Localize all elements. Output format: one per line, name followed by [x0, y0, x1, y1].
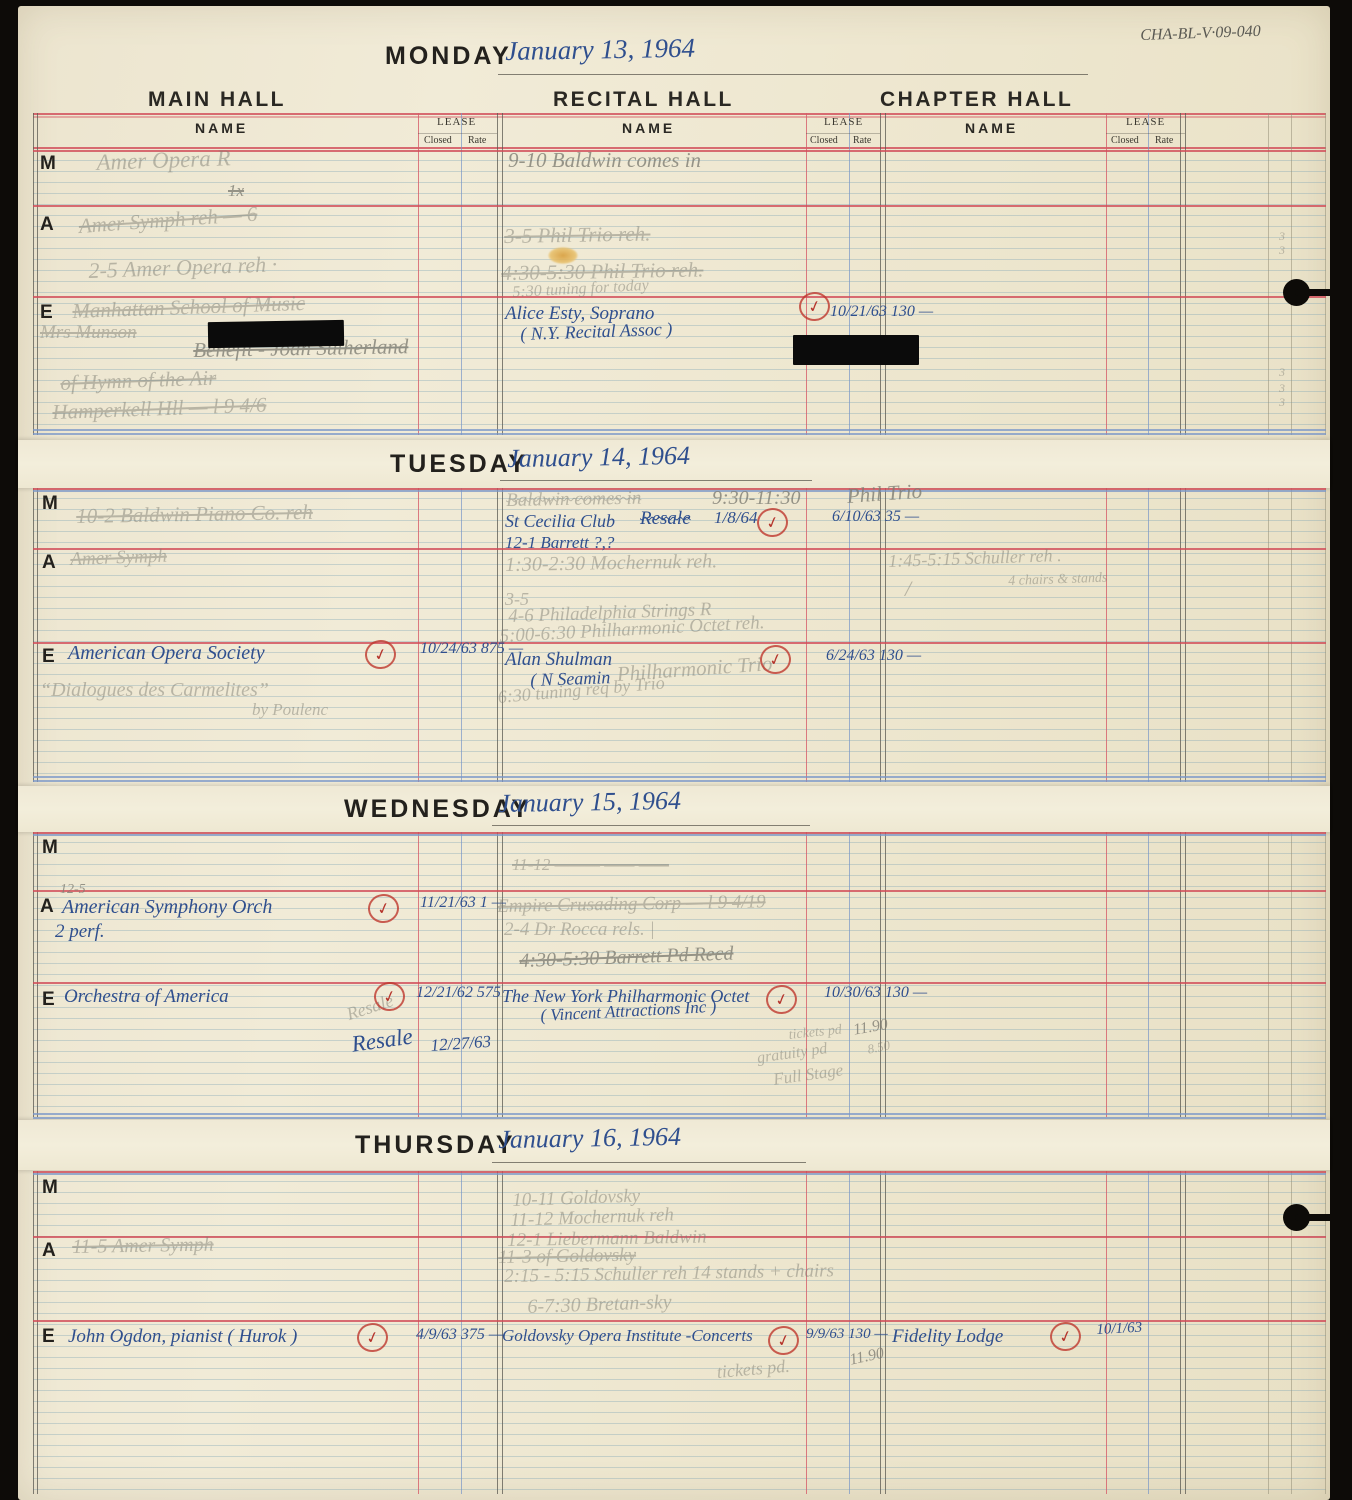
lease-label-main: LEASE	[437, 116, 476, 128]
handwritten-note: 12-1 Barrett ?,?	[505, 533, 614, 553]
column-rule	[1148, 1171, 1149, 1494]
date-rule	[492, 1162, 806, 1163]
date-tuesday: January 14, 1964	[507, 441, 690, 474]
col-name-chapter: NAME	[965, 120, 1018, 136]
column-rule	[418, 113, 419, 150]
column-rule	[37, 113, 38, 150]
column-rule	[849, 488, 850, 782]
check-glyph: ✓	[375, 898, 393, 920]
date-rule	[500, 480, 812, 481]
handwritten-note: Resale	[640, 508, 691, 530]
column-rule	[1185, 488, 1186, 782]
column-rule	[461, 150, 462, 435]
column-rule	[502, 150, 503, 435]
col-name-main: NAME	[195, 120, 248, 136]
column-rule	[1291, 113, 1292, 150]
column-rule	[497, 150, 498, 435]
rate-label-recital: Rate	[853, 135, 871, 146]
date-rule	[492, 825, 810, 826]
column-rule	[37, 488, 38, 782]
hall-title-main: MAIN HALL	[148, 88, 286, 112]
row-marker-e: E	[42, 646, 55, 668]
date-thursday: January 16, 1964	[498, 1122, 681, 1155]
day-title-thursday: THURSDAY	[355, 1131, 516, 1160]
column-rule	[461, 488, 462, 782]
hall-title-chapter: CHAPTER HALL	[880, 88, 1073, 112]
closed-label-chapter: Closed	[1111, 135, 1139, 146]
column-rule	[461, 832, 462, 1117]
column-rule	[497, 113, 498, 150]
date-monday: January 13, 1964	[505, 33, 695, 67]
column-rule	[1185, 832, 1186, 1117]
date-rule	[498, 74, 1088, 75]
monday-table	[33, 150, 1326, 435]
handwritten-note: American Symphony Orch	[62, 896, 272, 919]
column-rule	[502, 113, 503, 150]
row-separator	[33, 433, 1326, 435]
handwritten-note: 10/30/63 130 —	[824, 984, 927, 1002]
lease-label-chapter: LEASE	[1126, 116, 1165, 128]
check-glyph: ✓	[1057, 1326, 1075, 1348]
row-separator	[33, 982, 1326, 984]
column-rule	[37, 150, 38, 435]
closed-label-recital: Closed	[810, 135, 838, 146]
row-marker-m: M	[42, 837, 58, 859]
handwritten-note: 4/9/63 375 —	[416, 1326, 503, 1344]
row-separator	[33, 890, 1326, 892]
column-rule	[1291, 832, 1292, 1117]
column-rule	[849, 150, 850, 435]
row-separator	[33, 1173, 1326, 1175]
column-rule	[885, 113, 886, 150]
handwritten-note: 3	[1279, 229, 1285, 244]
column-rule	[1268, 113, 1269, 150]
column-rule	[1106, 113, 1107, 150]
column-rule	[880, 113, 881, 150]
handwritten-note: 1:30-2:30 Mochernuk reh.	[505, 550, 717, 577]
column-rule	[1325, 832, 1326, 1117]
row-marker-a: A	[40, 896, 54, 918]
handwritten-note: Mrs Munson	[40, 322, 137, 344]
check-glyph: ✓	[775, 1330, 793, 1352]
handwritten-note: 10/21/63 130 —	[830, 303, 933, 321]
check-glyph: ✓	[767, 649, 785, 671]
column-rule	[33, 832, 34, 1117]
handwritten-note: 9/9/63 130 —	[806, 1326, 888, 1343]
column-rule	[497, 488, 498, 782]
check-glyph: ✓	[806, 296, 824, 318]
column-rule	[806, 488, 807, 782]
rate-label-main: Rate	[468, 135, 486, 146]
check-glyph: ✓	[381, 986, 399, 1008]
handwritten-note: 2-4 Dr Rocca rels. |	[504, 919, 655, 941]
day-title-monday: MONDAY	[385, 42, 512, 71]
column-rule	[1106, 150, 1107, 435]
handwritten-note: 11/21/63 1 —	[420, 894, 506, 912]
ledger-page-scan: MONDAY January 13, 1964 MAIN HALL RECITA…	[0, 0, 1352, 1500]
closed-label-main: Closed	[424, 135, 452, 146]
column-rule	[885, 150, 886, 435]
column-rule	[1180, 832, 1181, 1117]
column-rule	[33, 113, 34, 150]
handwritten-note: 11-12 ——— —— ——	[512, 855, 669, 875]
row-marker-m: M	[42, 493, 58, 515]
col-name-recital: NAME	[622, 120, 675, 136]
column-rule	[885, 488, 886, 782]
column-rule	[418, 488, 419, 782]
column-rule	[418, 832, 419, 1117]
handwritten-note: Amer Opera R	[96, 145, 231, 176]
handwritten-note: Amer Symph	[70, 546, 167, 571]
row-separator	[33, 1117, 1326, 1119]
column-rule	[1180, 488, 1181, 782]
row-separator	[33, 1113, 1326, 1115]
handwritten-note: 6/10/63 35 —	[832, 508, 919, 526]
check-glyph: ✓	[773, 989, 791, 1011]
handwritten-note: Fidelity Lodge	[892, 1326, 1003, 1348]
rate-label-chapter: Rate	[1155, 135, 1173, 146]
row-marker-m: M	[40, 153, 56, 175]
column-rule	[1291, 488, 1292, 782]
redaction-box	[793, 335, 919, 365]
row-separator	[33, 429, 1326, 431]
column-rule	[33, 150, 34, 435]
handwritten-note: 2 perf.	[55, 921, 105, 943]
row-separator	[33, 834, 1326, 836]
column-rule	[497, 832, 498, 1117]
column-rule	[33, 488, 34, 782]
column-rule	[1148, 150, 1149, 435]
handwritten-note: 9-10 Baldwin comes in	[508, 148, 701, 173]
row-marker-e: E	[40, 302, 53, 324]
handwritten-note: by Poulenc	[252, 700, 328, 720]
column-rule	[1268, 150, 1269, 435]
column-rule	[849, 832, 850, 1117]
binder-clip-arm	[1295, 1214, 1352, 1221]
handwritten-note: CHA-BL-V·09-040	[1140, 23, 1261, 45]
handwritten-note: 9:30-11:30	[712, 487, 801, 510]
column-rule	[1325, 113, 1326, 150]
check-glyph: ✓	[364, 1327, 382, 1349]
check-glyph: ✓	[372, 644, 390, 666]
handwritten-note: 3	[1279, 365, 1285, 380]
handwritten-note: Phil Trio	[846, 479, 923, 509]
handwritten-note: 3-5 Phil Trio reh.	[504, 221, 651, 249]
column-rule	[1148, 488, 1149, 782]
handwritten-note: Baldwin comes in	[506, 488, 641, 512]
row-separator	[33, 490, 1326, 492]
check-glyph: ✓	[764, 512, 782, 534]
handwritten-note: St Cecilia Club	[505, 511, 615, 532]
row-marker-a: A	[42, 1240, 56, 1262]
handwritten-note: American Opera Society	[68, 642, 265, 665]
column-rule	[1180, 1171, 1181, 1494]
row-marker-a: A	[42, 552, 56, 574]
row-separator	[33, 776, 1326, 778]
column-rule	[418, 150, 419, 435]
handwritten-note: “Dialogues des Carmelites”	[40, 679, 269, 702]
row-marker-e: E	[42, 1326, 55, 1348]
date-wednesday: January 15, 1964	[498, 786, 681, 819]
column-rule	[1106, 832, 1107, 1117]
handwritten-note: 3	[1279, 395, 1285, 410]
row-separator	[33, 780, 1326, 782]
column-rule	[885, 832, 886, 1117]
handwritten-note: Orchestra of America	[64, 986, 229, 1008]
column-rule	[806, 113, 807, 150]
column-rule	[1180, 150, 1181, 435]
wednesday-table	[33, 832, 1326, 1117]
column-rule	[1148, 832, 1149, 1117]
column-rule	[1106, 488, 1107, 782]
handwritten-note: 11-5 Amer Symph	[72, 1234, 214, 1259]
binder-clip-arm	[1295, 289, 1352, 296]
row-separator	[33, 548, 1326, 550]
hall-title-recital: RECITAL HALL	[553, 88, 734, 112]
handwritten-note: Goldovsky Opera Institute -Concerts	[502, 1326, 753, 1346]
column-rule	[37, 832, 38, 1117]
column-rule	[1185, 1171, 1186, 1494]
column-rule	[1185, 150, 1186, 435]
handwritten-note: 12/27/63	[430, 1032, 492, 1056]
row-marker-a: A	[40, 214, 54, 236]
redaction-box	[208, 320, 344, 348]
handwritten-note: 10/1/63	[1096, 1320, 1143, 1339]
column-rule	[880, 832, 881, 1117]
column-rule	[1180, 113, 1181, 150]
content-layer: MONDAY January 13, 1964 MAIN HALL RECITA…	[0, 0, 1352, 1500]
lease-label-recital: LEASE	[824, 116, 863, 128]
column-rule	[1185, 113, 1186, 150]
column-rule	[880, 488, 881, 782]
handwritten-note: 1/8/64	[714, 508, 757, 528]
column-rule	[1268, 1171, 1269, 1494]
handwritten-note: 6/24/63 130 —	[826, 647, 921, 665]
column-rule	[880, 150, 881, 435]
handwritten-note: 1x	[228, 181, 244, 201]
handwritten-note: /	[905, 576, 911, 602]
handwritten-note: Empire Crusading Corp — l 9 4/19	[497, 891, 766, 918]
column-rule	[1268, 832, 1269, 1117]
handwritten-note: John Ogdon, pianist ( Hurok )	[68, 1326, 297, 1348]
row-marker-e: E	[42, 989, 55, 1011]
column-rule	[1268, 488, 1269, 782]
column-rule	[1325, 488, 1326, 782]
row-marker-m: M	[42, 1177, 58, 1199]
handwritten-note: 12/21/62 575	[416, 984, 501, 1002]
column-rule	[502, 832, 503, 1117]
handwritten-note: 3	[1279, 243, 1285, 258]
handwritten-note: 3	[1279, 381, 1285, 396]
column-rule	[33, 1171, 34, 1494]
column-rule	[37, 1171, 38, 1494]
handwritten-note: 10-2 Baldwin Piano Co. reh	[76, 500, 313, 529]
